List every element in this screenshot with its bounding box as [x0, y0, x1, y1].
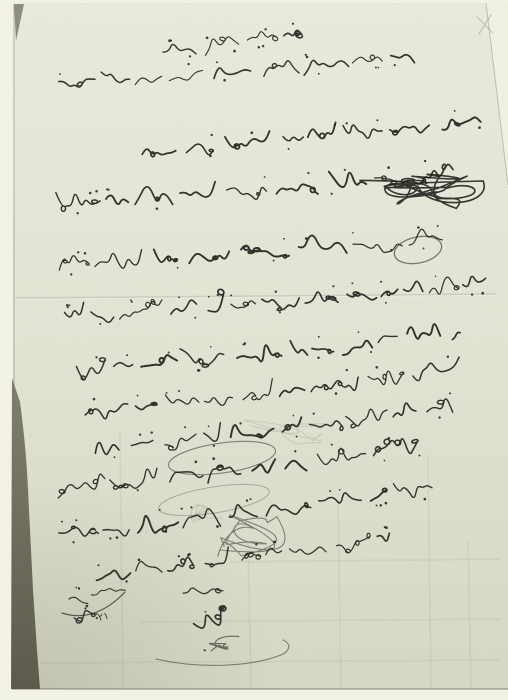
ink-dot	[190, 506, 192, 508]
ink-dot	[137, 395, 139, 397]
ink-dot	[165, 530, 168, 533]
ink-dot	[293, 415, 295, 417]
ink-dot	[378, 67, 380, 69]
ink-dot	[126, 354, 128, 356]
ink-dot	[352, 232, 354, 234]
ink-dot	[178, 296, 180, 298]
ink-dot	[130, 299, 132, 301]
ink-dot	[329, 490, 331, 492]
letter-photo-canvas: ٢١	[0, 0, 508, 700]
ink-dot	[131, 301, 133, 303]
ink-dot	[344, 169, 346, 171]
ink-dot	[264, 176, 266, 178]
ink-dot	[93, 398, 96, 401]
ink-dot	[288, 148, 290, 150]
ink-dot	[86, 605, 89, 608]
ink-dot	[209, 155, 212, 158]
ink-dot	[197, 369, 200, 372]
ink-dot	[89, 192, 92, 195]
ink-dot	[449, 392, 451, 394]
ink-dot	[279, 311, 281, 313]
ink-dot	[125, 580, 127, 582]
ink-dot	[283, 238, 285, 240]
ink-dot	[139, 434, 141, 436]
ink-dot	[67, 306, 69, 308]
ink-dot	[351, 282, 353, 284]
ink-dot	[223, 79, 226, 82]
ink-dot	[208, 296, 210, 298]
ink-dot	[313, 412, 315, 414]
ink-dot	[213, 445, 215, 447]
ink-dot	[331, 444, 333, 446]
ink-dot	[212, 457, 215, 460]
ink-dot	[70, 273, 72, 275]
ink-dot	[230, 294, 232, 296]
ink-dot	[437, 225, 439, 227]
ink-dot	[187, 63, 189, 65]
ink-dot	[385, 502, 388, 505]
ink-dot	[258, 46, 261, 49]
ink-dot	[138, 559, 141, 562]
ink-dot	[168, 351, 170, 353]
ink-dot	[478, 126, 481, 129]
ink-dot	[84, 607, 86, 609]
ink-dot	[438, 416, 440, 418]
ink-dot	[375, 67, 377, 69]
ink-dot	[346, 369, 348, 371]
ink-dot	[249, 498, 251, 500]
ink-dot	[317, 356, 320, 359]
ink-dot	[471, 293, 473, 295]
ink-dot	[184, 426, 186, 428]
ink-dot	[210, 134, 212, 136]
ink-dot	[423, 247, 425, 249]
ink-dot	[72, 541, 74, 543]
ink-dot	[239, 422, 241, 424]
ink-dot	[387, 166, 390, 169]
ink-dot	[166, 392, 168, 394]
ink-dot	[454, 110, 456, 112]
ink-dot	[250, 131, 253, 134]
ink-dot	[384, 526, 386, 528]
ink-dot	[307, 172, 309, 174]
ink-dot	[59, 73, 61, 75]
ink-dot	[208, 425, 210, 427]
ink-dot	[376, 505, 378, 507]
ink-dot	[318, 336, 320, 338]
ink-dot	[66, 304, 69, 307]
ink-dot	[388, 437, 390, 439]
ink-dot	[417, 226, 420, 229]
ink-dot	[376, 366, 379, 369]
ink-dot	[75, 519, 77, 521]
ink-dot	[331, 193, 333, 195]
ink-dot	[78, 587, 80, 589]
ink-dot	[178, 555, 180, 557]
ink-dot	[423, 498, 426, 501]
ink-dot	[306, 56, 309, 59]
ink-dot	[178, 390, 180, 392]
ink-dot	[233, 50, 236, 53]
ink-dot	[114, 456, 116, 458]
ink-dot	[380, 504, 383, 507]
photograph-of-letter: ٢١	[0, 0, 508, 700]
ink-dot	[187, 554, 190, 557]
ink-dot	[156, 207, 159, 210]
ink-dot	[305, 237, 308, 240]
ink-dot	[370, 351, 372, 353]
ink-dot	[394, 64, 396, 66]
ink-dot	[390, 249, 392, 251]
ink-dot	[137, 489, 139, 491]
ink-dot	[195, 461, 198, 464]
ink-dot	[194, 317, 196, 319]
ink-dot	[292, 23, 294, 25]
ink-dot	[205, 611, 207, 613]
ink-dot	[335, 392, 338, 395]
ink-dot	[380, 281, 382, 283]
ink-dot	[275, 290, 277, 292]
ink-dot	[294, 450, 296, 452]
period-dot	[204, 650, 206, 651]
ink-dot	[358, 331, 360, 333]
ink-dot	[481, 292, 484, 295]
ink-dot	[177, 267, 179, 269]
ink-dot	[273, 260, 275, 262]
ink-dot	[217, 294, 219, 296]
ink-dot	[189, 55, 191, 57]
ink-dot	[77, 212, 79, 214]
ink-dot	[116, 536, 119, 539]
ink-dot	[243, 344, 245, 346]
ink-dot	[216, 525, 219, 528]
ink-dot	[334, 124, 336, 126]
ink-dot	[150, 431, 152, 433]
ink-dot	[318, 73, 320, 75]
ink-dot	[246, 499, 248, 501]
ink-dot	[61, 521, 63, 523]
ink-dot	[95, 356, 97, 358]
ink-dot	[75, 587, 77, 589]
ink-dot	[206, 36, 209, 39]
ink-dot	[97, 564, 99, 566]
ink-dot	[181, 507, 183, 509]
ink-dot	[447, 355, 449, 357]
ink-dot	[170, 39, 172, 41]
ink-dot	[84, 252, 87, 255]
ink-dot	[339, 489, 341, 491]
ink-dot	[384, 460, 386, 462]
ink-dot	[106, 188, 108, 190]
ink-dot	[435, 276, 437, 278]
ink-dot	[77, 251, 79, 253]
ink-dot	[99, 323, 101, 325]
ink-dot	[346, 122, 348, 124]
ink-dot	[264, 28, 266, 30]
ink-dot	[216, 61, 218, 63]
ink-dot	[376, 119, 378, 121]
ink-dot	[69, 304, 71, 306]
ink-dot	[385, 302, 387, 304]
ink-dot	[424, 160, 426, 162]
ink-dot	[210, 346, 212, 348]
ink-dot	[419, 455, 421, 457]
ink-dot	[95, 190, 98, 193]
ink-dot	[332, 285, 334, 287]
ink-dot	[305, 54, 307, 56]
ink-dot	[109, 537, 111, 539]
ink-dot	[262, 45, 264, 47]
